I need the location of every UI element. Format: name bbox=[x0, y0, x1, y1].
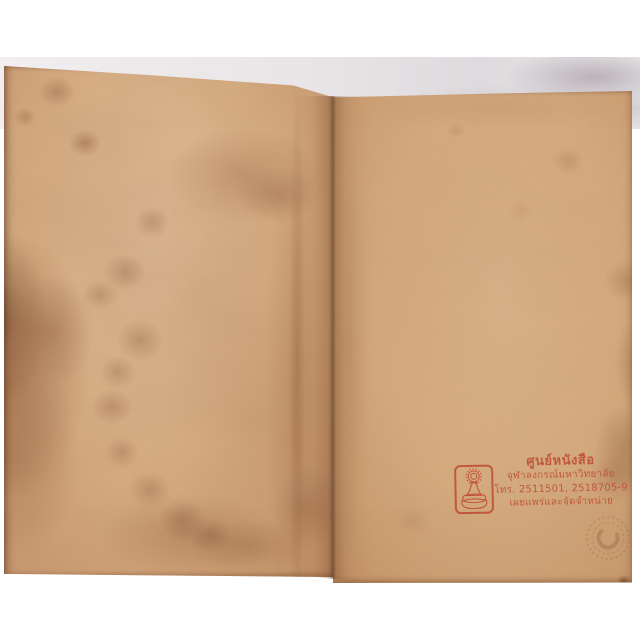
left-book-page bbox=[4, 65, 333, 577]
paper-grain-texture bbox=[4, 65, 333, 577]
photo-of-open-book: ศูนย์หนังสือ จุฬาลงกรณ์มหาวิทยาลัย โทร. … bbox=[0, 0, 640, 640]
stamp-line-distribution: เผยแพร่และจัดจำหน่าย bbox=[494, 494, 628, 510]
embossed-circular-seal-icon bbox=[580, 509, 637, 567]
phra-kiao-emblem-icon bbox=[454, 464, 495, 515]
stamp-text-block: ศูนย์หนังสือ จุฬาลงกรณ์มหาวิทยาลัย โทร. … bbox=[493, 452, 628, 510]
